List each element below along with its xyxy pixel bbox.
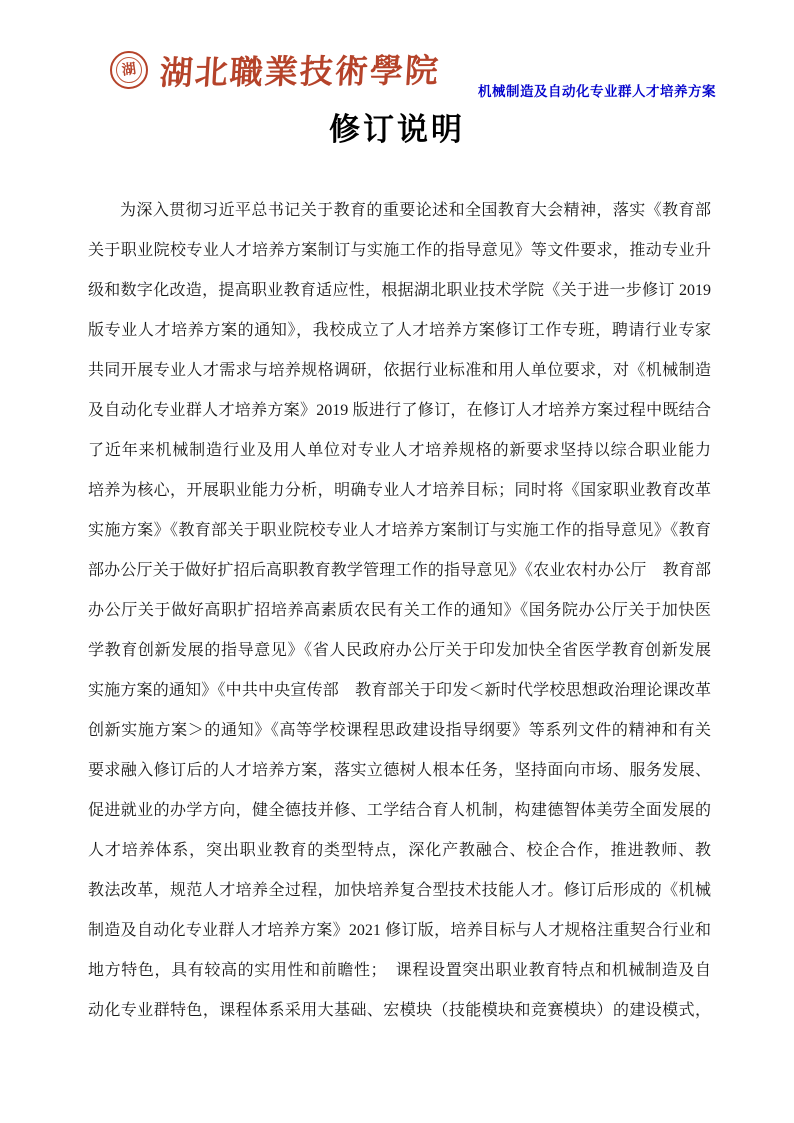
school-logo: 湖 ···· 湖北職業技術學院 bbox=[110, 46, 440, 93]
body-paragraph: 为深入贯彻习近平总书记关于教育的重要论述和全国教育大会精神，落实《教育部 关于职… bbox=[88, 191, 711, 1031]
paragraph-line: 制造及自动化专业群人才培养方案》2021 修订版，培养目标与人才规格注重契合行业… bbox=[88, 911, 711, 951]
paragraph-line: 及自动化专业群人才培养方案》2019 版进行了修订，在修订人才培养方案过程中既结… bbox=[88, 391, 711, 431]
paragraph-line: 实施方案的通知》《中共中央宣传部 教育部关于印发＜新时代学校思想政治理论课改革 bbox=[88, 671, 711, 711]
paragraph-line: 关于职业院校专业人才培养方案制订与实施工作的指导意见》等文件要求，推动专业升 bbox=[88, 231, 711, 271]
paragraph-line: 级和数字化改造，提高职业教育适应性，根据湖北职业技术学院《关于进一步修订 201… bbox=[88, 271, 711, 311]
paragraph-line: 共同开展专业人才需求与培养规格调研，依据行业标准和用人单位要求，对《机械制造 bbox=[88, 351, 711, 391]
page-header: 湖 ···· 湖北職業技術學院 机械制造及自动化专业群人才培养方案 bbox=[110, 46, 716, 104]
school-seal-icon: 湖 ···· bbox=[110, 51, 148, 89]
paragraph-line: 版专业人才培养方案的通知》，我校成立了人才培养方案修订工作专班，聘请行业专家 bbox=[88, 311, 711, 351]
school-name: 湖北職業技術學院 bbox=[158, 45, 441, 94]
document-page: 湖 ···· 湖北職業技術學院 机械制造及自动化专业群人才培养方案 修订说明 为… bbox=[0, 0, 794, 1123]
paragraph-line: 培养为核心，开展职业能力分析，明确专业人才培养目标；同时将《国家职业教育改革 bbox=[88, 471, 711, 511]
paragraph-line: 动化专业群特色，课程体系采用大基础、宏模块（技能模块和竞赛模块）的建设模式， bbox=[88, 991, 711, 1031]
paragraph-line: 人才培养体系，突出职业教育的类型特点，深化产教融合、校企合作，推进教师、教材、 bbox=[88, 831, 711, 871]
paragraph-line: 部办公厅关于做好扩招后高职教育教学管理工作的指导意见》《农业农村办公厅 教育部 bbox=[88, 551, 711, 591]
paragraph-line: 实施方案》《教育部关于职业院校专业人才培养方案制订与实施工作的指导意见》《教育 bbox=[88, 511, 711, 551]
paragraph-line: 要求融入修订后的人才培养方案，落实立德树人根本任务，坚持面向市场、服务发展、 bbox=[88, 751, 711, 791]
paragraph-line: 创新实施方案＞的通知》《高等学校课程思政建设指导纲要》等系列文件的精神和有关 bbox=[88, 711, 711, 751]
paragraph-line: 学教育创新发展的指导意见》《省人民政府办公厅关于印发加快全省医学教育创新发展 bbox=[88, 631, 711, 671]
paragraph-line: 了近年来机械制造行业及用人单位对专业人才培养规格的新要求坚持以综合职业能力 bbox=[88, 431, 711, 471]
paragraph-line: 地方特色，具有较高的实用性和前瞻性； 课程设置突出职业教育特点和机械制造及自 bbox=[88, 951, 711, 991]
paragraph-line: 办公厅关于做好高职扩招培养高素质农民有关工作的通知》《国务院办公厅关于加快医 bbox=[88, 591, 711, 631]
document-type-label: 机械制造及自动化专业群人才培养方案 bbox=[478, 80, 716, 100]
seal-bottom-marks: ···· bbox=[124, 81, 133, 85]
paragraph-line: 为深入贯彻习近平总书记关于教育的重要论述和全国教育大会精神，落实《教育部 bbox=[88, 191, 711, 231]
page-title: 修订说明 bbox=[0, 104, 794, 149]
paragraph-line: 教法改革，规范人才培养全过程，加快培养复合型技术技能人才。修订后形成的《机械 bbox=[88, 871, 711, 911]
paragraph-line: 促进就业的办学方向，健全德技并修、工学结合育人机制，构建德智体美劳全面发展的 bbox=[88, 791, 711, 831]
seal-glyph: 湖 bbox=[121, 62, 137, 78]
